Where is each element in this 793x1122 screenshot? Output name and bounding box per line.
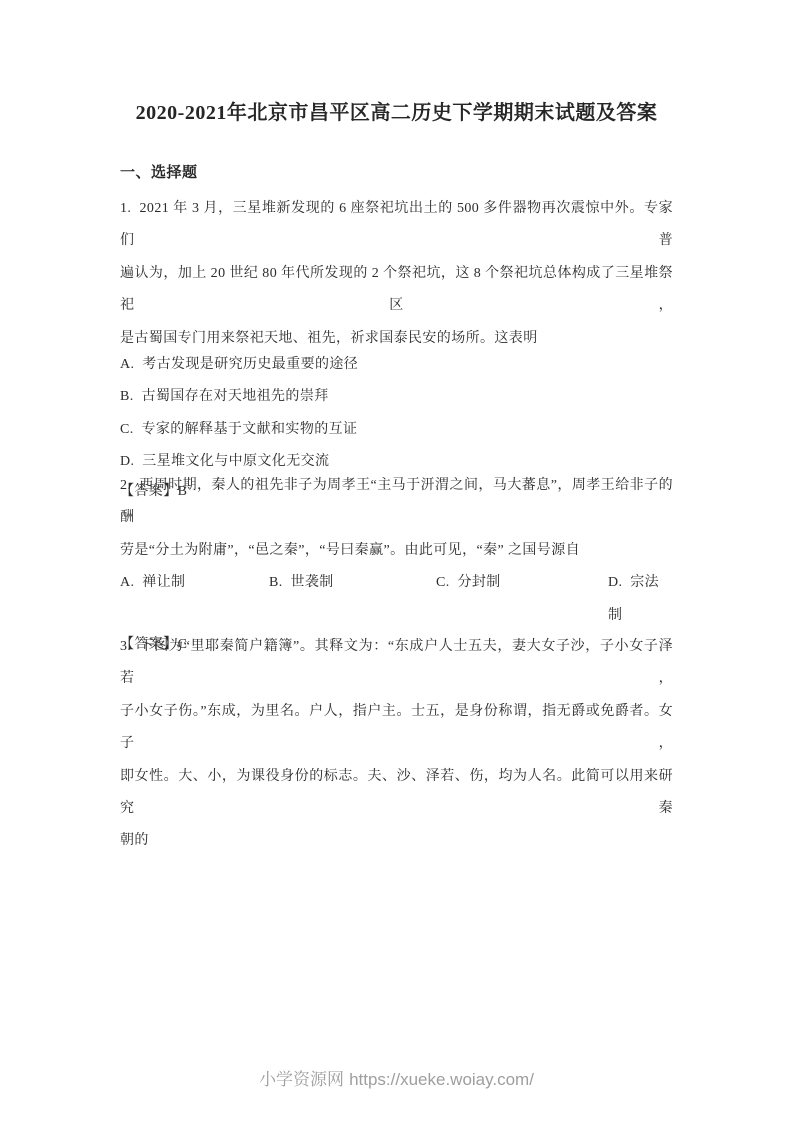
question-text-line: 劳是“分土为附庸”，“邑之秦”，“号曰秦赢”。由此可见，“秦” 之国号源自 [120, 535, 673, 567]
question-text-line: 子小女子伤。”东成，为里名。户人，指户主。士五，是身份称谓，指无爵或免爵者。女子… [120, 696, 673, 761]
question-text-line: 朝的 [120, 825, 673, 857]
options-row: A. 禅让制 B. 世袭制 C. 分封制 D. 宗法制 [120, 567, 673, 632]
question-3: 3. 下图为“里耶秦简户籍簿”。其释文为：“东成户人士五夫，妻大女子沙，子小女子… [120, 631, 673, 858]
question-text-line: 2. 西周时期，秦人的祖先非子为周孝王“主马于汧渭之间，马大蕃息”，周孝王给非子… [120, 470, 673, 535]
section-heading: 一、选择题 [120, 162, 198, 184]
question-text-line: 1. 2021 年 3 月，三星堆新发现的 6 座祭祀坑出土的 500 多件器物… [120, 193, 673, 258]
footer-site-name: 小学资源网 [259, 1070, 344, 1089]
document-title: 2020-2021年北京市昌平区高二历史下学期期末试题及答案 [120, 98, 673, 128]
question-1: 1. 2021 年 3 月，三星堆新发现的 6 座祭祀坑出土的 500 多件器物… [120, 193, 673, 508]
question-text-line: 遍认为，加上 20 世纪 80 年代所发现的 2 个祭祀坑，这 8 个祭祀坑总体… [120, 258, 673, 323]
question-text-line: 3. 下图为“里耶秦简户籍簿”。其释文为：“东成户人士五夫，妻大女子沙，子小女子… [120, 631, 673, 696]
option-c: C. 专家的解释基于文献和实物的互证 [120, 414, 673, 446]
option-a: A. 禅让制 [120, 567, 269, 632]
option-c: C. 分封制 [436, 567, 608, 632]
document-page: 2020-2021年北京市昌平区高二历史下学期期末试题及答案 一、选择题 1. … [0, 0, 793, 1122]
question-text-line: 即女性。大、小，为课役身份的标志。夫、沙、泽若、伤，均为人名。此简可以用来研究秦 [120, 761, 673, 826]
footer-link[interactable]: https://xueke.woiay.com/ [349, 1070, 534, 1089]
option-b: B. 古蜀国存在对天地祖先的崇拜 [120, 381, 673, 413]
page-footer: 小学资源网https://xueke.woiay.com/ [0, 1068, 793, 1092]
option-b: B. 世袭制 [269, 567, 436, 632]
options-list: A. 考古发现是研究历史最重要的途径 B. 古蜀国存在对天地祖先的崇拜 C. 专… [120, 349, 673, 479]
option-d: D. 宗法制 [608, 567, 673, 632]
